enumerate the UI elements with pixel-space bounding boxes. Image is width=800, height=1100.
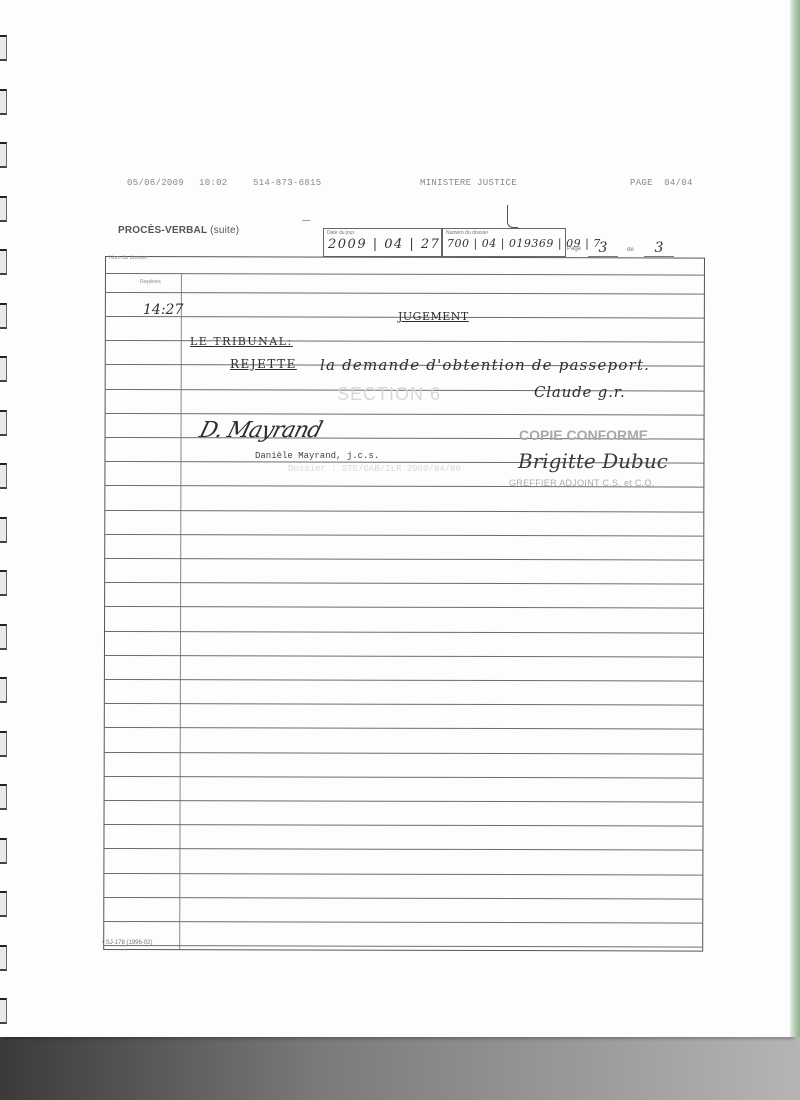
entry-time: 14:27 bbox=[143, 302, 183, 318]
certified-copy-stamp: COPIE CONFORME bbox=[519, 427, 648, 443]
ruled-line bbox=[105, 727, 703, 730]
date-box-label: Date du jour bbox=[327, 230, 354, 236]
ruled-line bbox=[105, 655, 703, 658]
binding-ring bbox=[0, 35, 7, 61]
ruled-line bbox=[105, 510, 703, 513]
form-title: PROCÈS-VERBAL (suite) bbox=[118, 225, 239, 236]
ruled-line bbox=[104, 945, 702, 948]
ruled-line bbox=[105, 631, 703, 634]
binding-ring bbox=[0, 517, 7, 543]
page-edge bbox=[790, 0, 800, 1037]
entry-decision: la demande d'obtention de passeport. bbox=[320, 356, 650, 374]
ruled-line bbox=[105, 534, 703, 537]
binding-ring bbox=[0, 677, 7, 703]
ruled-lines bbox=[106, 257, 704, 259]
binding-ring bbox=[0, 89, 7, 115]
clerk-initials: Claude g.r. bbox=[534, 383, 626, 401]
binding-ring bbox=[0, 142, 7, 168]
binding-ring bbox=[0, 303, 7, 329]
page-of-label: de bbox=[627, 247, 634, 253]
file-number-box: Numéro du dossier 700 | 04 | 019369 | 09… bbox=[442, 228, 566, 257]
fax-phone: 514-873-6815 bbox=[253, 178, 321, 188]
form-code: • SJ-178 (1996-02) bbox=[102, 940, 152, 946]
date-value: 2009 | 04 | 27 bbox=[328, 237, 440, 252]
ruled-line bbox=[105, 703, 703, 706]
binding-ring bbox=[0, 249, 7, 275]
binding-ring bbox=[0, 945, 7, 971]
file-name-label: Nom du dossier bbox=[109, 255, 148, 261]
document-page: 05/06/2009 10:02 514-873-6815 MINISTERE … bbox=[0, 0, 792, 1037]
fax-time: 10:02 bbox=[199, 178, 228, 188]
entry-verb: REJETTE bbox=[230, 357, 297, 371]
ghost-section-text: SECTION 6 bbox=[337, 384, 441, 405]
ruled-line bbox=[105, 776, 703, 779]
fax-page: PAGE 04/04 bbox=[630, 178, 693, 188]
binding-ring bbox=[0, 570, 7, 596]
ruled-line bbox=[106, 413, 704, 416]
fax-sender: MINISTERE JUSTICE bbox=[420, 178, 517, 188]
handwritten-bracket-mark bbox=[507, 205, 518, 228]
fax-date: 05/06/2009 bbox=[127, 178, 184, 188]
ruled-line bbox=[104, 848, 702, 851]
binding-ring bbox=[0, 196, 7, 222]
binding-ring bbox=[0, 731, 7, 757]
markers-label: Repères bbox=[140, 279, 161, 285]
ruled-line bbox=[105, 558, 703, 561]
ruled-line bbox=[105, 582, 703, 585]
binding-ring bbox=[0, 891, 7, 917]
entry-tribunal: LE TRIBUNAL: bbox=[190, 335, 293, 348]
binding-ring bbox=[0, 624, 7, 650]
stray-mark bbox=[302, 220, 310, 221]
form-title-main: PROCÈS-VERBAL bbox=[118, 225, 207, 236]
binding-ring bbox=[0, 463, 7, 489]
binding-ring bbox=[0, 838, 7, 864]
ruled-line bbox=[104, 897, 702, 900]
binding-ring bbox=[0, 784, 7, 810]
page-number: 3 bbox=[588, 240, 618, 257]
clerk-signature: Brigitte Dubuc bbox=[518, 449, 668, 473]
ruled-line bbox=[106, 273, 704, 276]
form-title-suffix: (suite) bbox=[210, 225, 239, 236]
ruled-line bbox=[105, 606, 703, 609]
file-number-label: Numéro du dossier bbox=[446, 230, 488, 236]
ruled-line bbox=[104, 921, 702, 924]
binding-ring bbox=[0, 410, 7, 436]
page-label: Page bbox=[567, 246, 581, 252]
ruled-line bbox=[105, 824, 703, 827]
binding-ring bbox=[0, 998, 7, 1024]
date-box: Date du jour 2009 | 04 | 27 bbox=[323, 228, 442, 257]
ruled-line bbox=[106, 292, 704, 295]
ruled-line bbox=[105, 800, 703, 803]
ruled-line bbox=[105, 679, 703, 682]
entry-heading: JUGEMENT bbox=[398, 310, 469, 323]
judge-signature: D. Mayrand bbox=[197, 418, 324, 443]
ruled-line bbox=[105, 752, 703, 755]
judge-name: Danièle Mayrand, j.c.s. bbox=[255, 451, 379, 461]
binding-ring bbox=[0, 356, 7, 382]
page-total: 3 bbox=[644, 240, 674, 257]
ghost-dossier-text: Dossier : STE/GAB/ILR 2009/04/06 bbox=[288, 464, 461, 474]
clerk-title: GREFFIER ADJOINT C.S. et C.Q. bbox=[509, 478, 655, 488]
ruled-line bbox=[104, 873, 702, 876]
